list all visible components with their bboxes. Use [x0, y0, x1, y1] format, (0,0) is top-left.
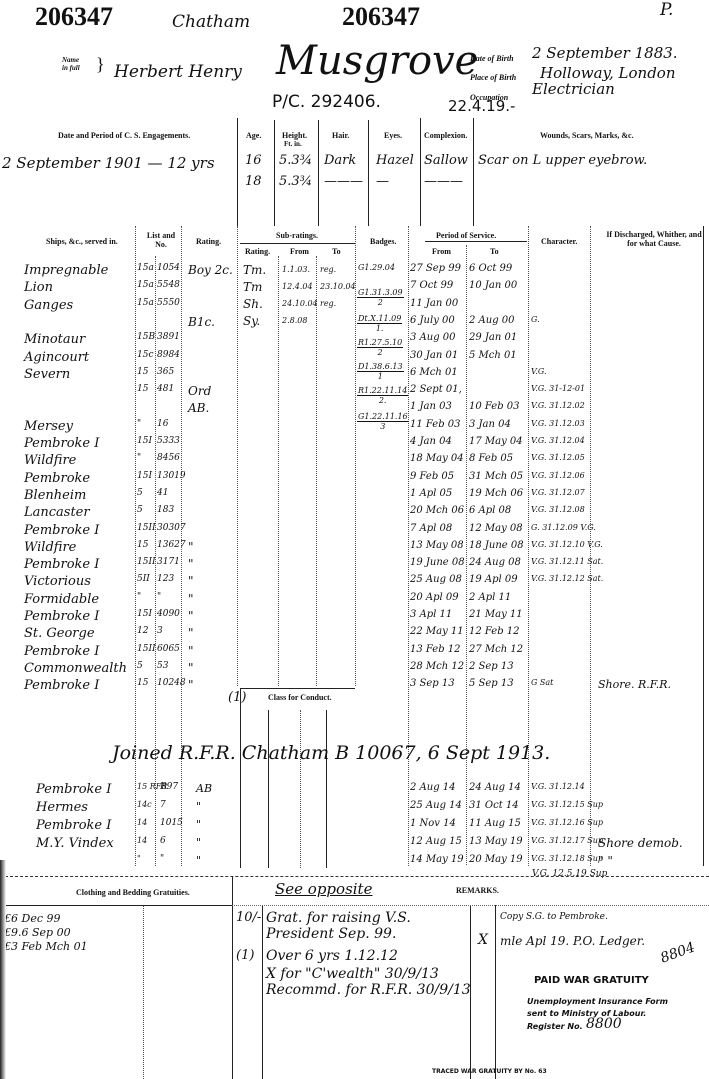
number-value: 16 [157, 419, 168, 429]
ship-name: Hermes [36, 800, 88, 815]
ship-name: Pembroke I [24, 678, 99, 693]
list-value: 15B [137, 332, 155, 342]
pob-label: Place of Birth [470, 73, 516, 82]
rating-value: " [188, 574, 194, 588]
character-value: V.G. 31.12.16 Sup [531, 818, 603, 827]
list-value: 15 [137, 678, 148, 688]
period-from: 7 Apl 08 [410, 523, 452, 534]
period-to: 2 Apl 11 [469, 592, 511, 603]
period-from: 25 Aug 14 [410, 800, 462, 811]
rating-value: " [188, 678, 194, 692]
service-number-left: 206347 [35, 2, 113, 32]
period-to: 11 Aug 15 [469, 818, 521, 829]
divider [318, 120, 319, 226]
ship-name: Mersey [24, 419, 73, 434]
sub-from-header: From [290, 247, 309, 256]
clothing-header: Clothing and Bedding Gratuities. [76, 888, 190, 897]
remark-text: Over 6 yrs 1.12.12 [266, 948, 398, 964]
hair-value: ——— [324, 174, 363, 189]
stamp-register-label: Register No. [527, 1022, 583, 1031]
list-value: 15I [137, 609, 152, 619]
period-to: 19 Apl 09 [469, 574, 518, 585]
table-row: Formidable"""20 Apl 092 Apl 11 [0, 592, 709, 609]
age-value: 16 [245, 153, 262, 168]
rating-value: " [188, 661, 194, 675]
ship-name: Wildfire [24, 453, 76, 468]
period-from: 27 Sep 99 [410, 263, 461, 274]
number-value: 13019 [157, 471, 186, 481]
height-value: 5.3¾ [279, 174, 312, 189]
height-header: Height. [282, 131, 307, 140]
list-value: 12 [137, 626, 148, 636]
from-header: From [432, 247, 451, 256]
character-value: V.G. 31.12.03 [531, 419, 585, 428]
number-value: 183 [157, 505, 174, 515]
table-row: Pembroke I15I4090"3 Apl 1121 May 11 [0, 609, 709, 626]
ship-name: Lancaster [24, 505, 90, 520]
rating-value: B1c. [188, 315, 215, 329]
period-rule [425, 241, 527, 242]
number-value: " [157, 592, 161, 602]
scan-edge [0, 860, 6, 1079]
period-to: 2 Aug 00 [469, 315, 515, 326]
character-value: V.G. [531, 367, 547, 376]
table-row: Victorious5II123"25 Aug 0819 Apl 09V.G. … [0, 574, 709, 591]
remark-mark: 10/- [236, 910, 261, 925]
number-value: 10248 [157, 678, 186, 688]
table-row: 15481Ord2 Sept 01,V.G. 31-12-01 [0, 384, 709, 401]
rating-value: " [196, 818, 201, 831]
table-row: Minotaur15B38913 Aug 0029 Jan 01 [0, 332, 709, 349]
period-from: 18 May 04 [410, 453, 464, 464]
rating-value: " [196, 836, 201, 849]
period-to: 31 Oct 14 [469, 800, 519, 811]
list-value: 5 [137, 661, 143, 671]
period-from: 20 Mch 06 [410, 505, 464, 516]
number-value: 3891 [157, 332, 180, 342]
character-value: V.G. 31.12.12 Sat. [531, 574, 603, 583]
period-to: 13 May 19 [469, 836, 523, 847]
engagements-header: Date and Period of C. S. Engagements. [58, 131, 190, 140]
see-opposite: See opposite [275, 880, 372, 898]
table-row: M.Y. Vindex146"12 Aug 1513 May 19V.G. 31… [0, 836, 709, 853]
complexion-value: Sallow [424, 153, 468, 168]
rating-value: " [196, 800, 201, 813]
period-to: 10 Feb 03 [469, 401, 520, 412]
character-value: V.G. 31.12.07 [531, 488, 585, 497]
list-value: 15a [137, 298, 154, 308]
ship-name: Blenheim [24, 488, 86, 503]
period-from: 13 May 08 [410, 540, 464, 551]
period-to: 2 Sep 13 [469, 661, 514, 672]
clothing-entry: £6 Dec 99 [4, 912, 60, 925]
discharged-value: Shore demob. [598, 836, 683, 850]
character-value: V.G. 31.12.18 Sup [531, 854, 603, 863]
dob-value: 2 September 1883. [532, 44, 678, 62]
list-value: 5II [137, 574, 150, 584]
number-value: 1054 [157, 263, 180, 273]
number-value: B97 [160, 782, 178, 792]
number-value: 123 [157, 574, 174, 584]
table-row: Blenheim5411 Apl 0519 Mch 06V.G. 31.12.0… [0, 488, 709, 505]
corner-mark: P. [660, 0, 673, 20]
period-from: 11 Jan 00 [410, 298, 458, 309]
period-from: 9 Feb 05 [410, 471, 454, 482]
divider [237, 118, 238, 226]
dob-label: Date of Birth [470, 54, 514, 63]
list-no-header: List and No. [143, 231, 179, 249]
rating-value: AB [196, 782, 212, 795]
character-value: V.G. 31.12.04 [531, 436, 585, 445]
period-to: 21 May 11 [469, 609, 523, 620]
table-row: Pembroke I15II303077 Apl 0812 May 08G. 3… [0, 523, 709, 540]
age-value: 18 [245, 174, 262, 189]
list-value: 15II [137, 557, 156, 567]
period-from: 4 Jan 04 [410, 436, 452, 447]
table-row: AB.1 Jan 0310 Feb 03V.G. 31.12.02 [0, 401, 709, 418]
wounds-value: Scar on L upper eyebrow. [478, 153, 647, 168]
ship-name: Minotaur [24, 332, 85, 347]
engagement-value: 2 September 1901 — 12 yrs [2, 154, 215, 172]
rating-value: AB. [188, 401, 209, 415]
complexion-value: ——— [424, 174, 463, 189]
period-from: 19 June 08 [410, 557, 465, 568]
stamp-register-value: 8800 [586, 1016, 622, 1032]
discharged-value: " " [598, 854, 613, 868]
table-row: Pembroke I15 RFRB97AB2 Aug 1424 Aug 14V.… [0, 782, 709, 799]
sub-to-header: To [332, 247, 341, 256]
ship-name: M.Y. Vindex [36, 836, 114, 851]
table-row: Agincourt15c898430 Jan 015 Mch 01 [0, 350, 709, 367]
list-value: " [137, 592, 141, 602]
divider [473, 118, 474, 226]
name-label: Name in full [62, 56, 80, 72]
table-row: Pembroke I15II6065"13 Feb 1227 Mch 12 [0, 644, 709, 661]
period-to: 8 Feb 05 [469, 453, 513, 464]
table-row: Pembroke15I130199 Feb 0531 Mch 05V.G. 31… [0, 471, 709, 488]
character-value: V.G. 31.12.17 Sup [531, 836, 603, 845]
period-from: 2 Aug 14 [410, 782, 456, 793]
list-value: 5 [137, 488, 143, 498]
period-from: 12 Aug 15 [410, 836, 462, 847]
list-value: " [137, 419, 141, 429]
period-to: 18 June 08 [469, 540, 524, 551]
ship-name: Pembroke I [24, 436, 99, 451]
number-value: 4090 [157, 609, 180, 619]
period-to: 31 Mch 05 [469, 471, 523, 482]
ship-name: Victorious [24, 574, 91, 589]
table-row: Commonwealth553"28 Mch 122 Sep 13 [0, 661, 709, 678]
conduct-note: (1) [228, 690, 246, 705]
joined-note: Joined R.F.R. Chatham B 10067, 6 Sept 19… [112, 742, 550, 764]
ship-name: Formidable [24, 592, 99, 607]
height-units: Ft. in. [284, 140, 302, 149]
ship-name: Agincourt [24, 350, 89, 365]
period-from: 6 July 00 [410, 315, 455, 326]
ship-name: Ganges [24, 298, 73, 313]
character-value: V.G. 31.12.05 [531, 453, 585, 462]
eyes-header: Eyes. [384, 131, 402, 140]
number-value: 8456 [157, 453, 180, 463]
pension-note: P/C. 292406. [272, 92, 381, 112]
list-value: 15a [137, 280, 154, 290]
first-names: Herbert Henry [114, 62, 242, 82]
conduct-header: Class for Conduct. [268, 693, 332, 702]
period-to: 6 Oct 99 [469, 263, 512, 274]
number-value: 5550 [157, 298, 180, 308]
character-value: V.G. 31.12.14 [531, 782, 585, 791]
remark-mark: (1) [236, 948, 254, 963]
divider [232, 876, 233, 1079]
right-remark: Copy S.G. to Pembroke. [500, 912, 608, 922]
name-brace: } [96, 54, 105, 75]
clothing-rule [0, 905, 232, 906]
remark-text: Grat. for raising V.S. President Sep. 99… [266, 910, 466, 942]
ship-name: Commonwealth [24, 661, 127, 676]
clothing-entry: £9.6 Sep 00 [4, 926, 71, 939]
list-value: 15c [137, 350, 154, 360]
table-row: St. George123"22 May 1112 Feb 12 [0, 626, 709, 643]
number-value: 1015 [160, 818, 183, 828]
badges-header: Badges. [370, 237, 396, 246]
table-row: Mersey"1611 Feb 033 Jan 04V.G. 31.12.03 [0, 419, 709, 436]
rating-header: Rating. [196, 237, 221, 246]
number-value: 365 [157, 367, 174, 377]
period-to: 17 May 04 [469, 436, 523, 447]
hair-header: Hair. [332, 131, 349, 140]
list-value: 15I [137, 471, 152, 481]
rating-value: " [188, 592, 194, 606]
period-to: 12 May 08 [469, 523, 523, 534]
rating-value: " [188, 644, 194, 658]
period-to: 5 Sep 13 [469, 678, 514, 689]
to-header: To [490, 247, 499, 256]
number-value: 5333 [157, 436, 180, 446]
hair-value: Dark [324, 153, 356, 168]
list-value: 15II [137, 523, 156, 533]
ship-name: Pembroke I [24, 644, 99, 659]
period-from: 14 May 19 [410, 854, 464, 865]
rating-value: Boy 2c. [188, 263, 233, 277]
list-value: 15 [137, 540, 148, 550]
period-from: 22 May 11 [410, 626, 464, 637]
eyes-value: — [376, 174, 389, 189]
pension-date: 22.4.19.- [448, 97, 515, 115]
service-number-center: 206347 [342, 2, 420, 32]
period-from: 3 Aug 00 [410, 332, 456, 343]
character-value: G Sat [531, 678, 553, 687]
list-value: 14 [137, 818, 147, 827]
remark-text: X for "C'wealth" 30/9/13 [266, 966, 439, 982]
port-division: Chatham [172, 12, 250, 32]
period-from: 13 Feb 12 [410, 644, 461, 655]
table-row: Severn153656 Mch 01V.G. [0, 367, 709, 384]
list-value: 15II [137, 644, 156, 654]
period-to: 6 Apl 08 [469, 505, 511, 516]
list-value: " [137, 854, 141, 863]
period-from: 3 Apl 11 [410, 609, 452, 620]
divider [143, 906, 144, 1079]
character-header: Character. [541, 237, 577, 246]
period-from: 6 Mch 01 [410, 367, 458, 378]
list-value: 5 [137, 505, 143, 515]
rating-value: " [188, 540, 194, 554]
remark-text: Recommd. for R.F.R. 30/9/13 [266, 982, 471, 998]
rating-value: " [188, 626, 194, 640]
number-value: 3171 [157, 557, 180, 567]
divider [274, 120, 275, 226]
right-remark: mle Apl 19. P.O. Ledger. [500, 934, 645, 948]
right-mark: X [478, 932, 488, 948]
conduct-rule [240, 688, 355, 689]
period-from: 2 Sept 01, [410, 384, 462, 395]
period-to: 5 Mch 01 [469, 350, 517, 361]
period-from: 30 Jan 01 [410, 350, 458, 361]
rating-value: " [196, 854, 201, 867]
ship-name: St. George [24, 626, 95, 641]
subratings-header: Sub-ratings. [276, 231, 318, 240]
complexion-header: Complexion. [424, 131, 467, 140]
character-value: V.G. 31.12.06 [531, 471, 585, 480]
occupation-value: Electrician [532, 80, 615, 98]
list-value: 15 [137, 384, 148, 394]
period-to: 24 Aug 08 [469, 557, 521, 568]
divider [495, 905, 496, 1079]
period-to: 12 Feb 12 [469, 626, 520, 637]
number-value: 53 [157, 661, 168, 671]
ship-name: Pembroke I [24, 523, 99, 538]
list-value: 15a [137, 263, 154, 273]
list-value: 15I [137, 436, 152, 446]
table-row: Ganges15a555011 Jan 00 [0, 298, 709, 315]
period-from: 25 Aug 08 [410, 574, 462, 585]
number-value: 6065 [157, 644, 180, 654]
subratings-rule [240, 243, 355, 244]
number-value: " [160, 854, 164, 864]
period-header: Period of Service. [436, 231, 496, 240]
ship-name: Pembroke I [24, 609, 99, 624]
table-row: Wildfire1513627"13 May 0818 June 08V.G. … [0, 540, 709, 557]
eyes-value: Hazel [376, 153, 414, 168]
list-value: 14c [137, 800, 152, 809]
list-value: " [137, 453, 141, 463]
footer-stamp: TRACED WAR GRATUITY BY No. 63 [432, 1068, 547, 1075]
remarks-header: REMARKS. [456, 886, 499, 895]
side-number: 8804 [658, 939, 697, 966]
rating-value: " [188, 557, 194, 571]
clothing-entry: £3 Feb Mch 01 [4, 940, 88, 953]
character-value: V.G. 31-12-01 [531, 384, 585, 393]
stamp-title: PAID WAR GRATUITY [534, 975, 649, 986]
table-row: Pembroke I141015"1 Nov 1411 Aug 15V.G. 3… [0, 818, 709, 835]
table-row: Lion15a55487 Oct 9910 Jan 00 [0, 280, 709, 297]
period-to: 24 Aug 14 [469, 782, 521, 793]
wounds-header: Wounds, Scars, Marks, &c. [540, 131, 634, 140]
number-value: 30307 [157, 523, 186, 533]
number-value: 7 [160, 800, 166, 810]
number-value: 41 [157, 488, 168, 498]
table-row: Pembroke I15II3171"19 June 0824 Aug 08V.… [0, 557, 709, 574]
period-to: 27 Mch 12 [469, 644, 523, 655]
number-value: 481 [157, 384, 174, 394]
period-to: 3 Jan 04 [469, 419, 511, 430]
table-row: Wildfire"845618 May 048 Feb 05V.G. 31.12… [0, 453, 709, 470]
character-value: V.G. 31.12.10 V.G. [531, 540, 603, 549]
height-value: 5.3¾ [279, 153, 312, 168]
list-value: 14 [137, 836, 147, 845]
ship-name: Pembroke I [24, 557, 99, 572]
period-to: 10 Jan 00 [469, 280, 517, 291]
period-to: 20 May 19 [469, 854, 523, 865]
ship-name: Impregnable [24, 263, 108, 278]
number-value: 6 [160, 836, 166, 846]
ship-name: Pembroke I [36, 782, 111, 797]
surname: Musgrove [276, 38, 478, 84]
last-character: V.G. 12.5.19 Sup [532, 869, 607, 879]
ship-name: Lion [24, 280, 53, 295]
character-value: G. 31.12.09 V.G. [531, 523, 596, 532]
character-value: V.G. 31.12.02 [531, 401, 585, 410]
table-row: Pembroke I1510248"3 Sep 135 Sep 13G SatS… [0, 678, 709, 695]
ship-name: Pembroke I [36, 818, 111, 833]
character-value: V.G. 31.12.11 Sat. [531, 557, 603, 566]
name-label-line1: Name [62, 56, 79, 64]
table-row: Impregnable15a1054Boy 2c.27 Sep 996 Oct … [0, 263, 709, 280]
period-from: 3 Sep 13 [410, 678, 455, 689]
period-to: 19 Mch 06 [469, 488, 523, 499]
character-value: V.G. 31.12.15 Sup [531, 800, 603, 809]
character-value: V.G. 31.12.08 [531, 505, 585, 514]
ship-name: Pembroke [24, 471, 90, 486]
rating-value: Ord [188, 384, 211, 398]
period-to: 29 Jan 01 [469, 332, 517, 343]
number-value: 13627 [157, 540, 186, 550]
period-from: 20 Apl 09 [410, 592, 459, 603]
period-from: 11 Feb 03 [410, 419, 461, 430]
list-value: 15 [137, 367, 148, 377]
divider [368, 120, 369, 226]
period-from: 1 Jan 03 [410, 401, 452, 412]
number-value: 5548 [157, 280, 180, 290]
discharged-value: Shore. R.F.R. [598, 678, 671, 691]
age-header: Age. [246, 131, 261, 140]
period-from: 28 Mch 12 [410, 661, 464, 672]
period-from: 1 Nov 14 [410, 818, 456, 829]
period-from: 1 Apl 05 [410, 488, 452, 499]
sub-rating-header: Rating. [245, 247, 270, 256]
divider [262, 905, 263, 1079]
stamp-line1: Unemployment Insurance Form [527, 997, 668, 1006]
ship-name: Severn [24, 367, 70, 382]
discharged-header: If Discharged, Whither, and for what Cau… [604, 230, 704, 248]
character-value: G. [531, 315, 540, 324]
table-row: Hermes14c7"25 Aug 1431 Oct 14V.G. 31.12.… [0, 800, 709, 817]
number-value: 8984 [157, 350, 180, 360]
ship-name: Wildfire [24, 540, 76, 555]
ships-header: Ships, &c., served in. [46, 237, 118, 246]
rating-value: " [188, 609, 194, 623]
name-label-line2: in full [62, 64, 80, 72]
bottom-rule [0, 876, 709, 877]
table-row: Pembroke I15I53334 Jan 0417 May 04V.G. 3… [0, 436, 709, 453]
divider [420, 118, 421, 226]
table-row: B1c.6 July 002 Aug 00G. [0, 315, 709, 332]
number-value: 3 [157, 626, 163, 636]
period-from: 7 Oct 99 [410, 280, 453, 291]
table-row: Lancaster518320 Mch 066 Apl 08V.G. 31.12… [0, 505, 709, 522]
remarks-rule [232, 905, 709, 906]
